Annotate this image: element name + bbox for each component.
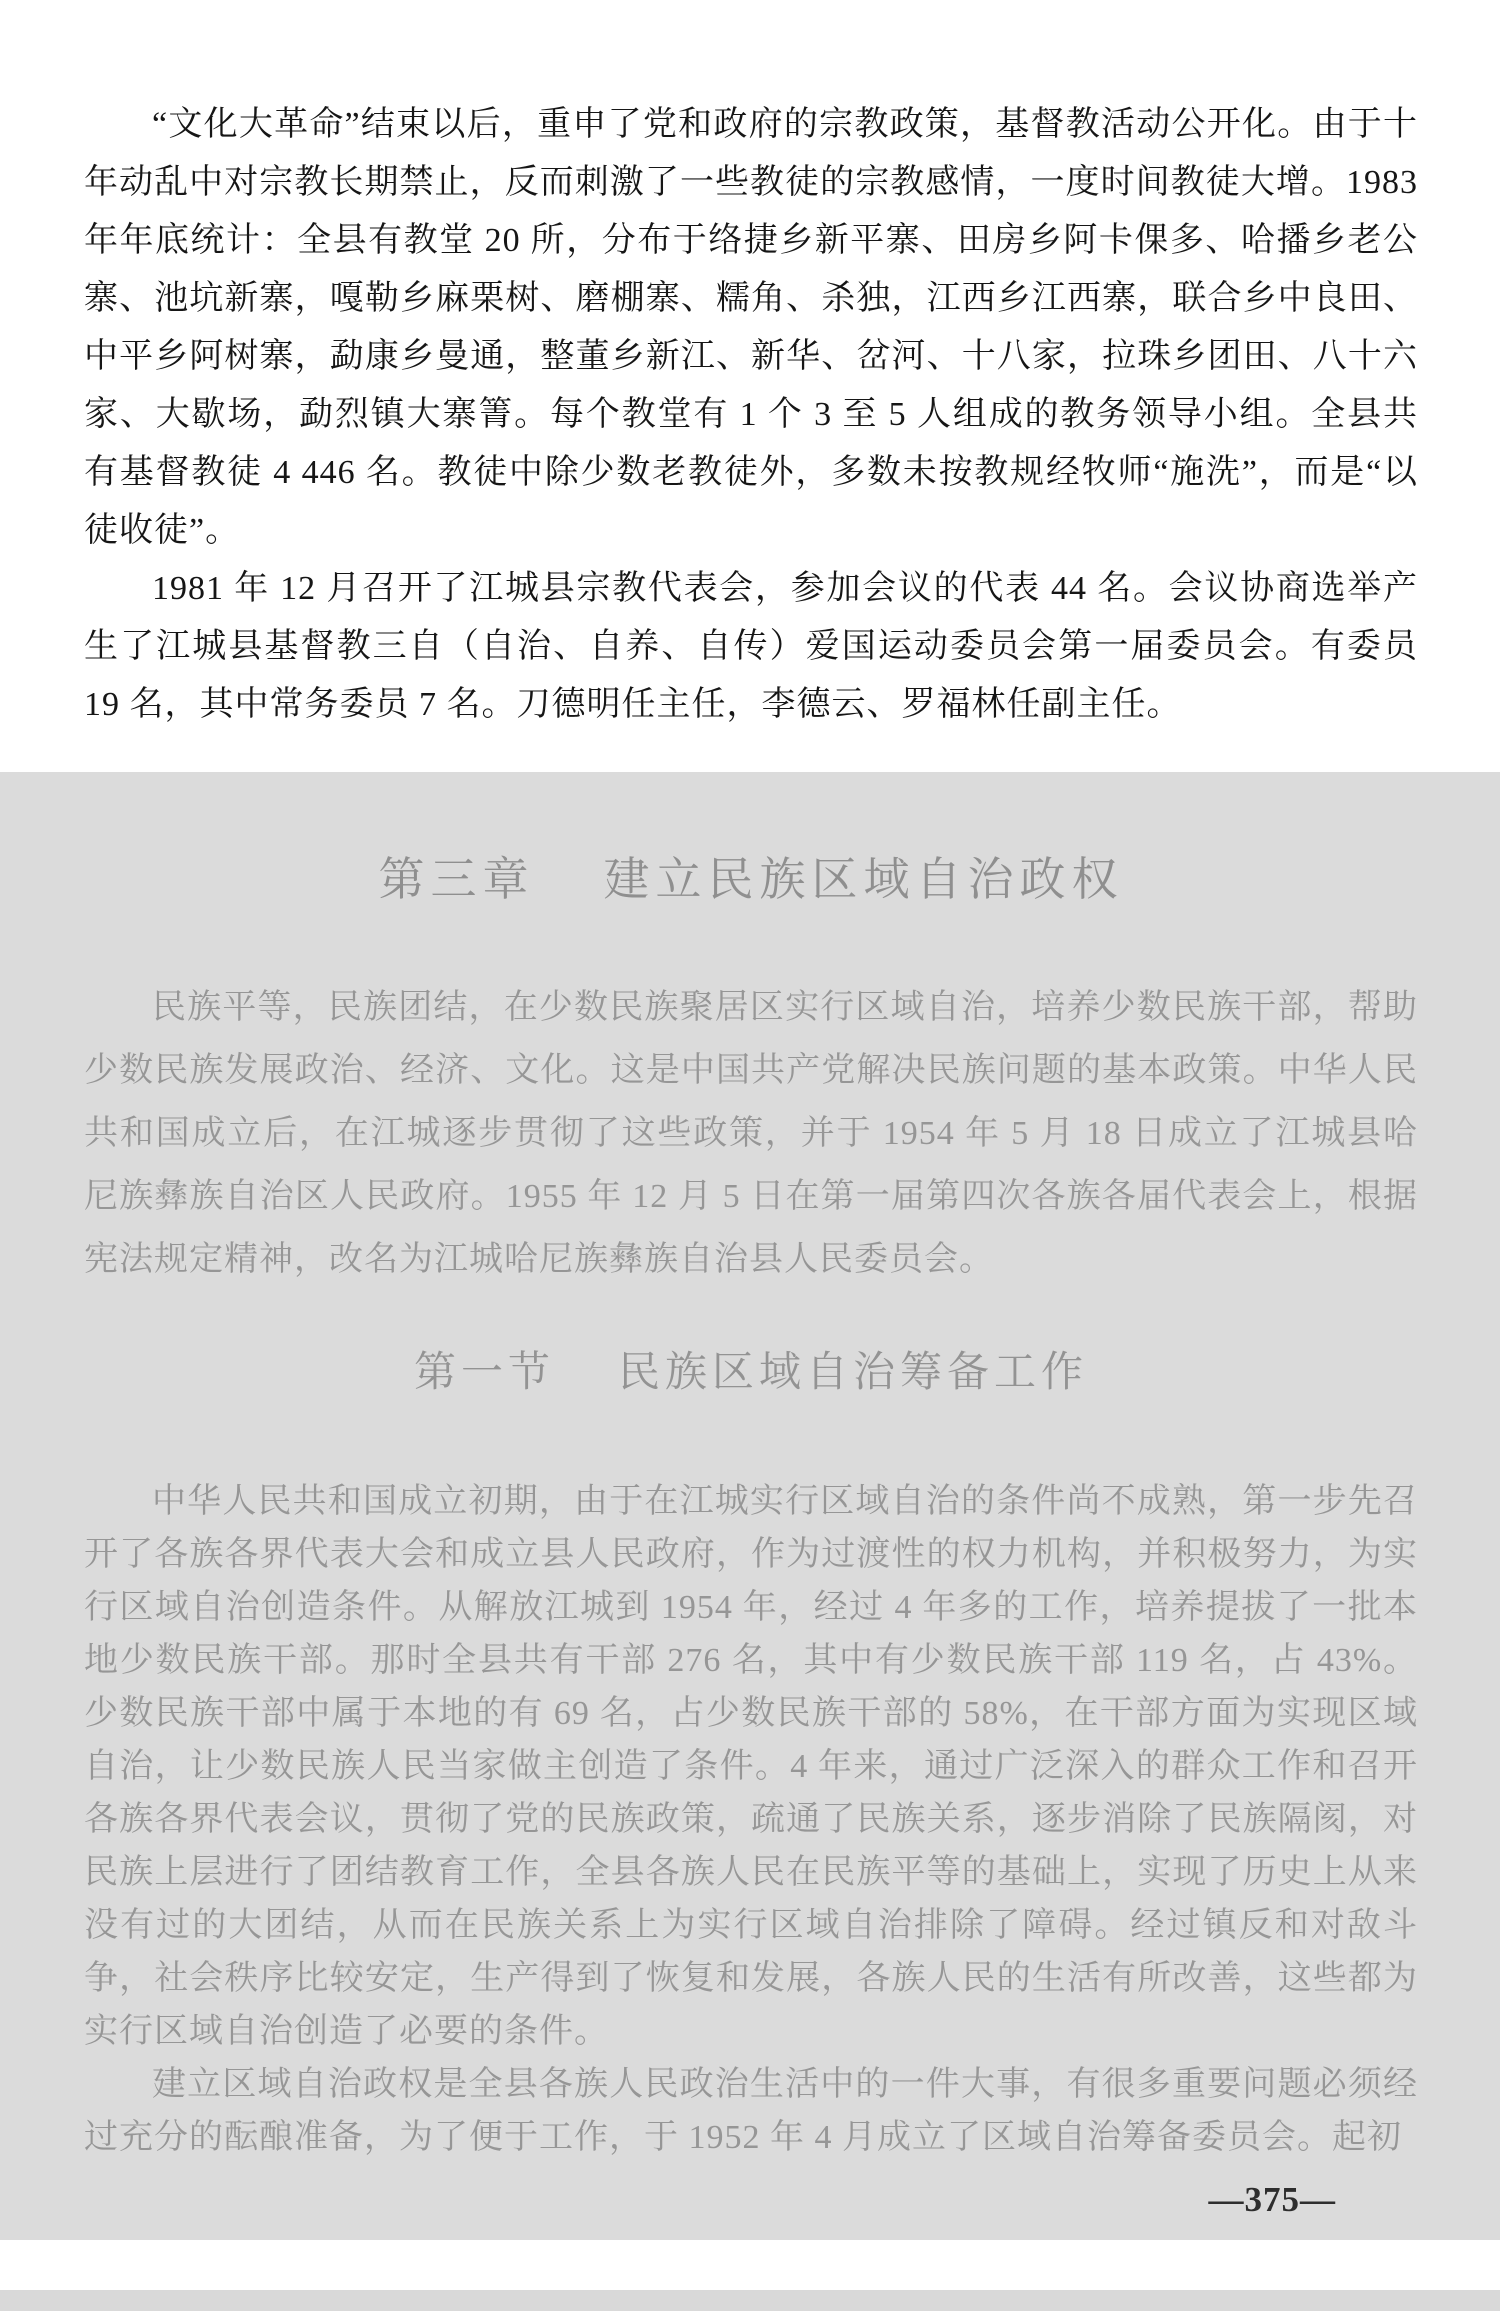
paragraph-religious-congress-1981: 1981 年 12 月召开了江城县宗教代表会，参加会议的代表 44 名。会议协商… — [84, 560, 1418, 734]
book-page: “文化大革命”结束以后，重申了党和政府的宗教政策，基督教活动公开化。由于十年动乱… — [0, 0, 1500, 2311]
scan-edge-strip — [0, 2290, 1500, 2311]
paragraph-christianity-stats: “文化大革命”结束以后，重申了党和政府的宗教政策，基督教活动公开化。由于十年动乱… — [84, 96, 1418, 560]
religion-policy-section: “文化大革命”结束以后，重申了党和政府的宗教政策，基督教活动公开化。由于十年动乱… — [0, 0, 1500, 734]
section-one-heading: 第一节民族区域自治筹备工作 — [84, 1351, 1418, 1395]
chapter-three-scan-block: 第三章建立民族区域自治政权 民族平等，民族团结，在少数民族聚居区实行区域自治，培… — [0, 772, 1500, 2240]
chapter-title: 建立民族区域自治政权 — [604, 854, 1124, 905]
section-title: 民族区域自治筹备工作 — [618, 1350, 1088, 1396]
section-number: 第一节 — [414, 1350, 555, 1396]
chapter-intro-paragraph: 民族平等，民族团结，在少数民族聚居区实行区域自治，培养少数民族干部，帮助少数民族… — [84, 976, 1418, 1291]
page-number: —375— — [84, 2180, 1418, 2220]
chapter-number: 第三章 — [379, 854, 535, 905]
section-paragraph-preparation: 中华人民共和国成立初期，由于在江城实行区域自治的条件尚不成熟，第一步先召开了各族… — [84, 1475, 1418, 2058]
section-paragraph-committee: 建立区域自治政权是全县各族人民政治生活中的一件大事，有很多重要问题必须经过充分的… — [84, 2058, 1418, 2164]
chapter-heading: 第三章建立民族区域自治政权 — [84, 856, 1418, 904]
